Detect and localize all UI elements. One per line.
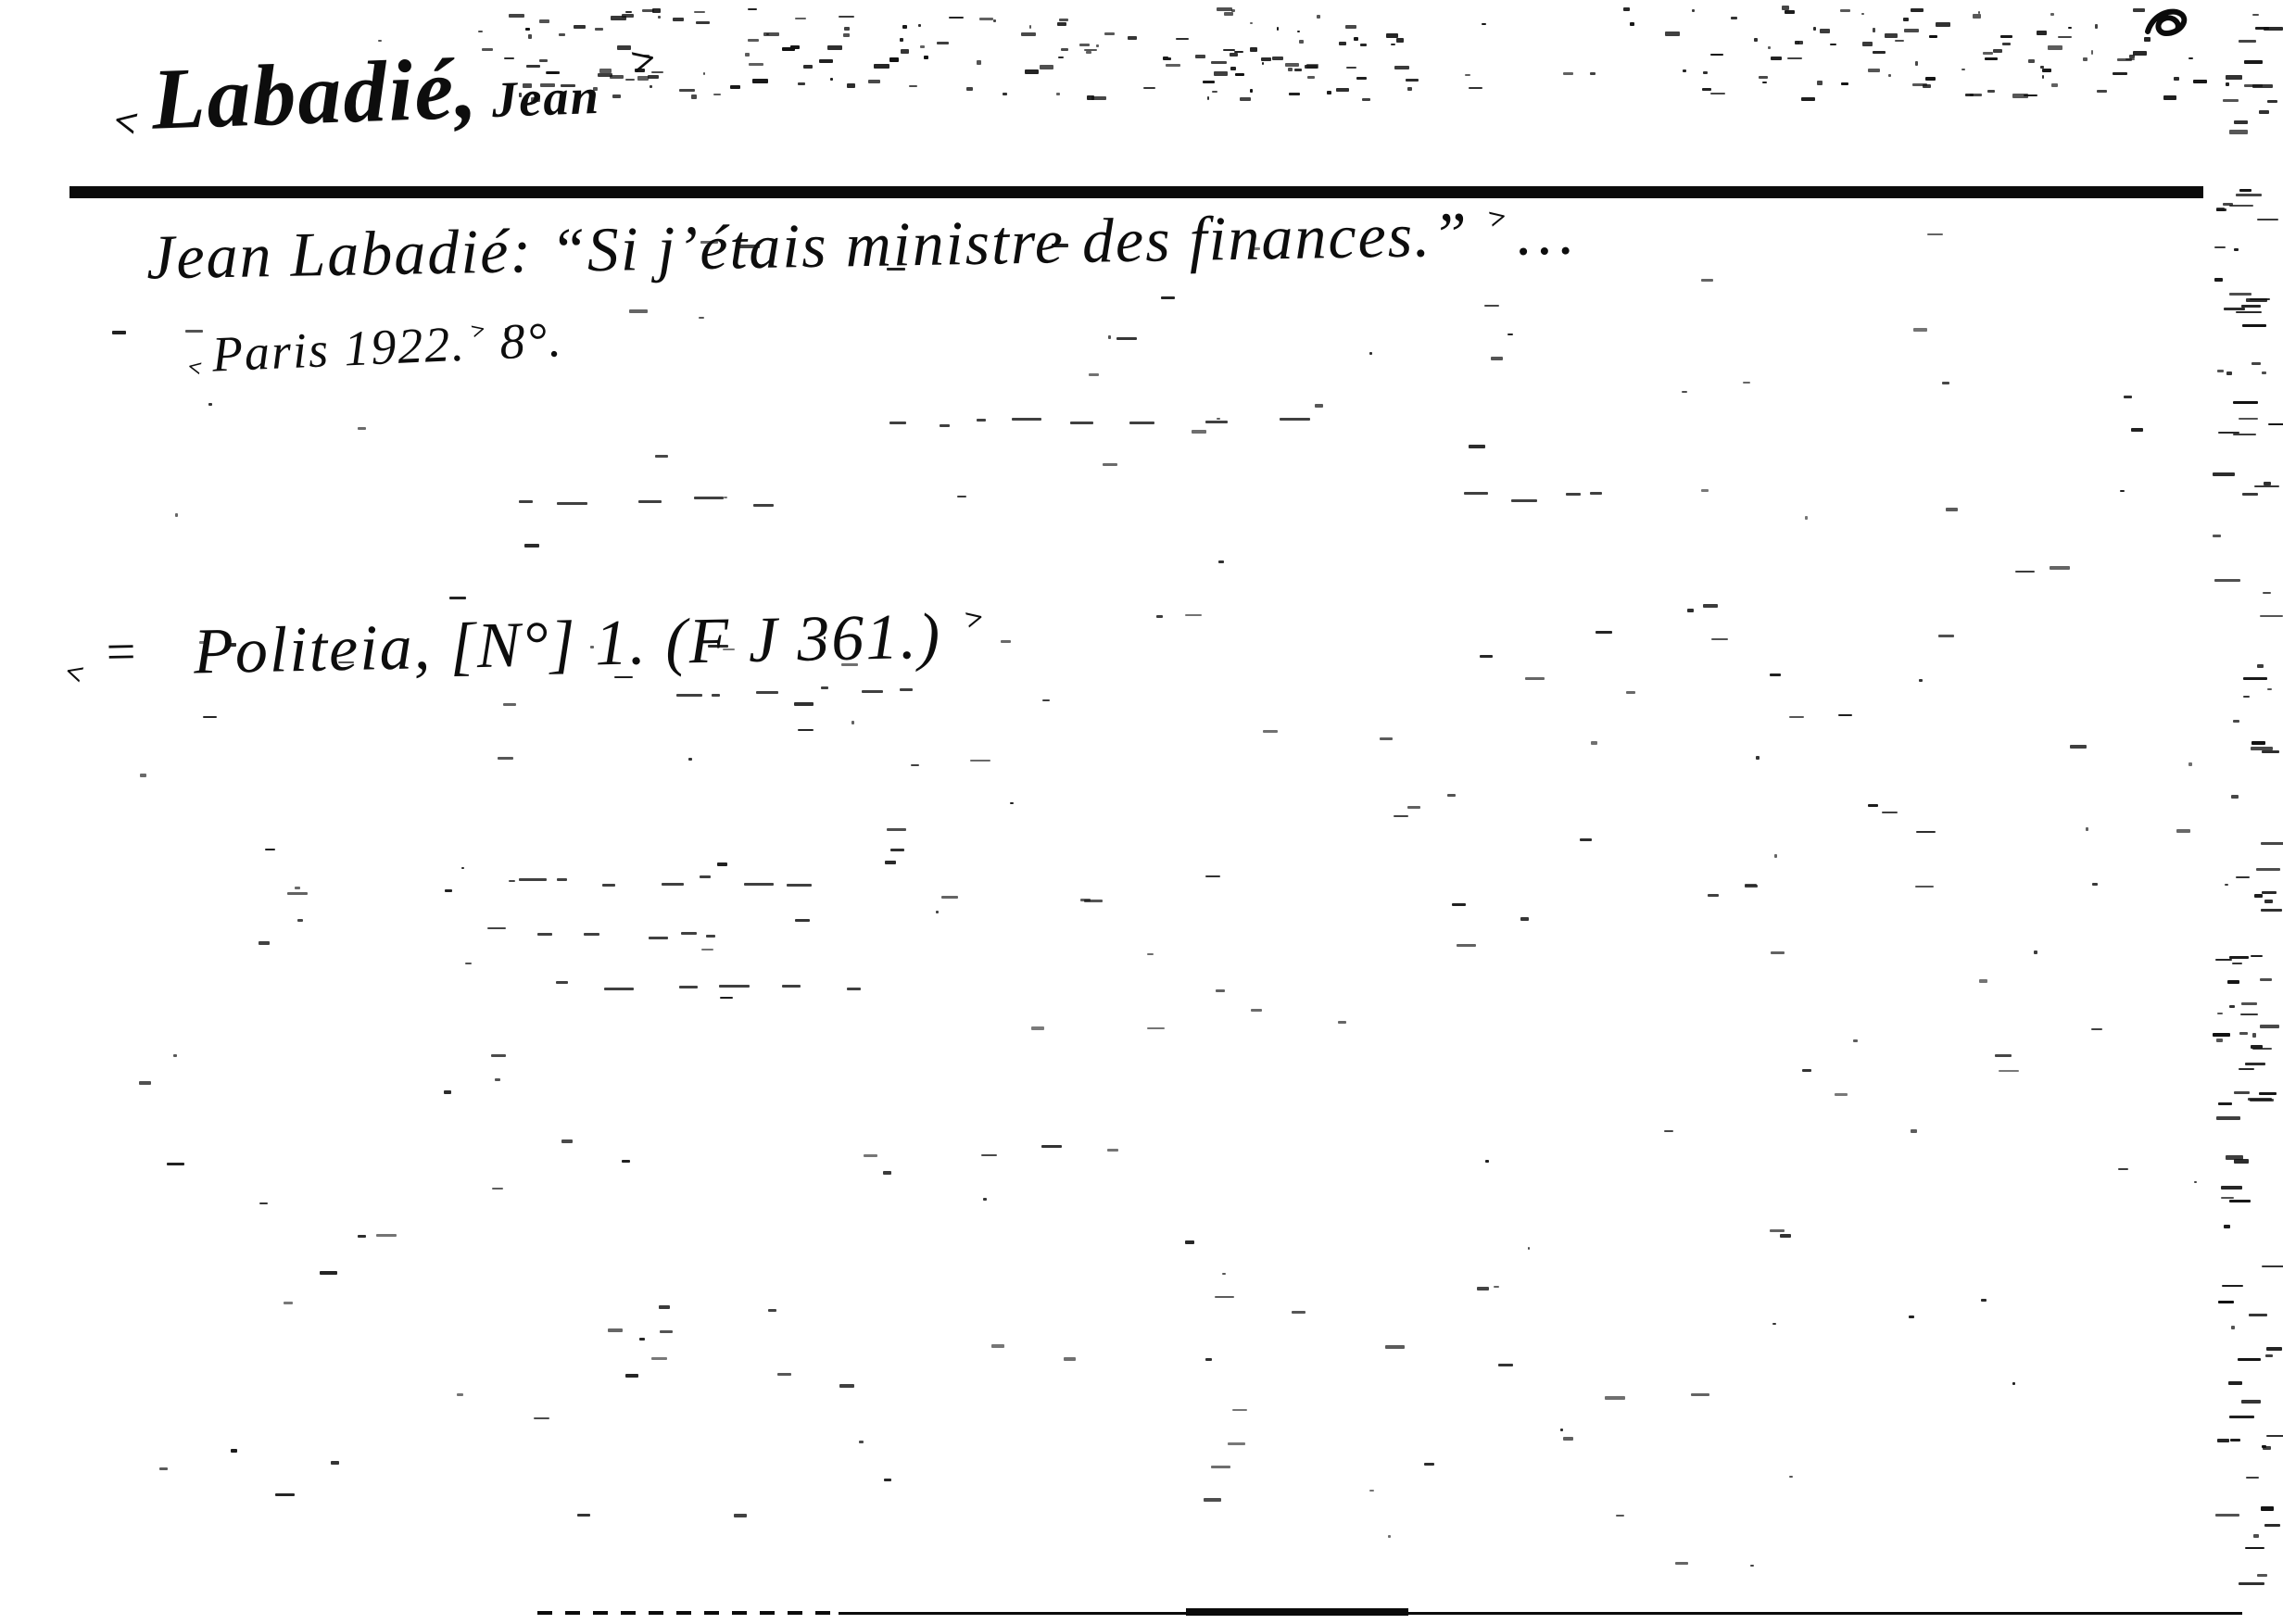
noise-speck [2092, 883, 2099, 885]
noise-speck [700, 875, 711, 878]
noise-speck [652, 8, 661, 13]
noise-speck [730, 85, 740, 90]
noise-speck [1218, 560, 1224, 562]
noise-speck [1491, 357, 1503, 360]
noise-speck [2216, 208, 2225, 211]
noise-speck [977, 419, 987, 422]
noise-speck [1801, 97, 1814, 101]
noise-speck [847, 83, 855, 88]
noise-speck [2174, 77, 2180, 81]
series-reference-line: <=Politeia, [N°] 1. (F J 361.)> [64, 604, 986, 688]
noise-speck [2213, 472, 2235, 476]
noise-speck [2259, 110, 2268, 114]
noise-speck [2259, 1092, 2277, 1095]
noise-speck [2217, 1013, 2224, 1014]
noise-speck [1211, 61, 1227, 64]
noise-speck [625, 11, 633, 14]
noise-speck [1745, 885, 1758, 888]
noise-speck [2222, 1285, 2243, 1288]
noise-speck [2131, 428, 2144, 432]
noise-speck [2216, 1039, 2222, 1041]
noise-speck [782, 985, 801, 988]
noise-speck [287, 892, 308, 894]
noise-speck [1623, 7, 1630, 10]
noise-speck [265, 849, 274, 850]
noise-speck [1563, 1437, 1572, 1441]
noise-speck [2229, 1200, 2251, 1202]
noise-speck [901, 49, 909, 54]
noise-speck [1711, 638, 1727, 640]
noise-speck [2262, 891, 2277, 894]
noise-speck [2264, 1524, 2281, 1527]
noise-speck [2239, 1032, 2248, 1035]
noise-speck [2244, 60, 2263, 64]
noise-speck [977, 60, 981, 65]
noise-speck [295, 887, 301, 889]
noise-speck [2251, 747, 2274, 749]
noise-speck [819, 59, 833, 63]
noise-speck [629, 309, 648, 313]
noise-speck [766, 33, 768, 35]
noise-speck [509, 14, 524, 18]
noise-speck [1156, 615, 1162, 619]
noise-speck [2226, 1155, 2244, 1159]
noise-speck [203, 716, 217, 718]
noise-speck [2251, 1045, 2263, 1049]
noise-speck [1346, 67, 1356, 69]
noise-speck [1163, 57, 1168, 60]
noise-speck [1477, 1287, 1489, 1290]
noise-speck [1820, 29, 1830, 33]
noise-speck [1205, 421, 1228, 423]
noise-speck [2264, 900, 2272, 903]
noise-speck [2224, 308, 2246, 310]
noise-speck [1369, 352, 1372, 354]
noise-speck [2223, 203, 2234, 205]
noise-speck [2227, 980, 2239, 984]
noise-speck [859, 1441, 864, 1443]
noise-speck [911, 764, 919, 766]
noise-speck [2250, 1099, 2274, 1102]
noise-speck [2262, 1265, 2283, 1267]
noise-speck [1230, 53, 1238, 56]
noise-speck [1195, 55, 1205, 58]
noise-speck [1978, 11, 1980, 14]
noise-speck [528, 34, 532, 39]
noise-speck [556, 981, 568, 984]
noise-speck [1354, 37, 1358, 42]
noise-speck [1339, 42, 1347, 44]
noise-speck [1394, 815, 1408, 817]
noise-speck [2124, 396, 2132, 399]
noise-speck [449, 597, 466, 599]
noise-speck [1345, 25, 1356, 30]
noise-speck [1407, 806, 1420, 809]
noise-speck [649, 937, 668, 939]
noise-speck [478, 31, 482, 32]
noise-speck [981, 1154, 998, 1157]
noise-speck [655, 455, 668, 457]
noise-speck [2070, 745, 2086, 749]
noise-speck [918, 24, 921, 28]
noise-speck [936, 911, 938, 913]
noise-speck [2113, 72, 2128, 75]
noise-speck [2232, 963, 2243, 964]
noise-speck [2268, 423, 2283, 425]
noise-speck [864, 1154, 878, 1157]
noise-speck [2037, 31, 2047, 34]
noise-speck [2254, 485, 2280, 487]
noise-speck [159, 1467, 168, 1470]
noise-speck [883, 1171, 890, 1175]
noise-speck [1407, 87, 1412, 91]
noise-speck [2058, 36, 2072, 38]
noise-speck [2233, 401, 2259, 404]
noise-speck [1754, 38, 1758, 42]
noise-speck [1223, 49, 1235, 51]
noise-speck [1465, 74, 1470, 76]
noise-speck [719, 985, 750, 988]
noise-speck [2252, 14, 2258, 16]
noise-speck [699, 317, 704, 319]
noise-speck [557, 878, 567, 881]
noise-speck [1703, 604, 1718, 608]
noise-speck [1250, 89, 1253, 93]
noise-speck [1447, 794, 1456, 797]
noise-speck [284, 1302, 293, 1305]
noise-speck [1091, 96, 1105, 100]
noise-speck [706, 935, 715, 938]
noise-speck [167, 1163, 184, 1165]
noise-speck [1277, 27, 1279, 31]
noise-speck [1212, 91, 1217, 93]
noise-speck [2234, 1091, 2250, 1094]
noise-speck [2264, 27, 2283, 31]
noise-speck [1965, 94, 1974, 96]
noise-speck [1743, 382, 1750, 384]
noise-speck [2034, 950, 2037, 953]
noise-speck [1985, 57, 1998, 60]
noise-speck [611, 16, 626, 20]
noise-speck [2194, 1181, 2197, 1184]
noise-speck [1457, 944, 1476, 947]
imprint-insert-close-mark: > [468, 317, 489, 344]
noise-speck [638, 500, 662, 503]
noise-speck [1895, 40, 1904, 42]
noise-speck [259, 941, 270, 945]
noise-speck [679, 89, 695, 93]
noise-speck [2015, 571, 2035, 573]
noise-speck [1927, 233, 1943, 236]
noise-speck [1087, 95, 1094, 99]
noise-speck [2246, 1477, 2259, 1479]
noise-speck [378, 40, 382, 43]
noise-speck [2048, 45, 2062, 50]
noise-speck [2244, 84, 2263, 86]
noise-speck [2242, 324, 2266, 327]
noise-speck [1056, 93, 1060, 94]
noise-speck [1785, 10, 1795, 14]
noise-speck [2239, 40, 2256, 43]
noise-speck [658, 16, 661, 19]
noise-speck [694, 497, 724, 499]
noise-speck [2254, 894, 2263, 898]
noise-speck [2251, 955, 2264, 957]
noise-speck [1841, 82, 1849, 84]
noise-speck [1129, 422, 1154, 424]
noise-speck [1683, 69, 1687, 72]
noise-speck [534, 1417, 549, 1419]
noise-speck [2263, 592, 2270, 594]
noise-speck [1107, 1149, 1118, 1152]
noise-speck [889, 57, 899, 62]
noise-speck [1919, 679, 1922, 682]
noise-speck [173, 1054, 177, 1057]
noise-speck [1888, 74, 1891, 76]
noise-speck [2236, 194, 2261, 196]
noise-speck [1040, 65, 1053, 69]
noise-speck [1185, 614, 1202, 616]
imprint-place-date: Paris 1922. [211, 316, 467, 383]
noise-speck [1759, 76, 1768, 79]
noise-speck [1868, 69, 1880, 72]
noise-speck [1388, 1535, 1391, 1538]
noise-speck [2024, 94, 2037, 96]
noise-speck [1230, 67, 1235, 70]
noise-speck [1031, 1026, 1044, 1030]
noise-speck [2243, 677, 2267, 680]
noise-speck [2214, 579, 2240, 582]
noise-speck [681, 932, 697, 935]
noise-speck [1021, 32, 1036, 36]
noise-speck [539, 19, 549, 23]
noise-speck [1591, 741, 1597, 745]
noise-speck [1805, 516, 1807, 519]
noise-speck [2229, 1005, 2235, 1008]
noise-speck [1010, 802, 1014, 804]
noise-speck [890, 849, 904, 851]
noise-speck [2260, 1025, 2279, 1028]
noise-speck [795, 18, 806, 20]
noise-speck [777, 1373, 791, 1376]
noise-speck [1973, 14, 1981, 18]
noise-speck [745, 53, 750, 57]
noise-speck [2239, 189, 2252, 192]
noise-speck [1605, 1396, 1625, 1400]
noise-speck [2229, 130, 2248, 133]
noise-speck [1789, 1476, 1794, 1478]
noise-speck [1299, 40, 1304, 44]
noise-speck [1250, 47, 1257, 52]
noise-speck [2188, 57, 2193, 59]
noise-speck [1025, 69, 1040, 74]
noise-speck [491, 1054, 506, 1057]
noise-speck [1903, 18, 1909, 21]
noise-speck [1396, 38, 1405, 43]
noise-speck [140, 774, 146, 777]
noise-speck [537, 933, 552, 936]
noise-speck [712, 694, 720, 697]
noise-speck [1307, 76, 1316, 78]
noise-speck [2163, 95, 2176, 100]
noise-speck [1306, 64, 1318, 68]
noise-speck [1205, 875, 1220, 877]
noise-speck [457, 1393, 463, 1397]
noise-speck [970, 760, 990, 762]
noise-speck [1012, 418, 1041, 421]
noise-speck [1750, 1565, 1754, 1567]
noise-speck [642, 9, 655, 12]
noise-speck [1305, 65, 1318, 68]
noise-speck [2256, 868, 2280, 872]
noise-speck [991, 1344, 1004, 1348]
noise-speck [2229, 293, 2251, 296]
noise-speck [1484, 305, 1499, 308]
noise-speck [492, 1188, 504, 1190]
noise-speck [208, 403, 212, 405]
noise-speck [2218, 1301, 2234, 1304]
noise-speck [1280, 418, 1310, 421]
noise-speck [1687, 609, 1694, 611]
noise-speck [790, 45, 800, 49]
series-equals-sign: = [103, 623, 141, 682]
bottom-edge-line-thin-right [1404, 1612, 2242, 1615]
noise-speck [112, 331, 126, 334]
noise-speck [2262, 1445, 2266, 1448]
noise-speck [358, 1235, 365, 1238]
noise-speck [1464, 492, 1488, 495]
noise-speck [1469, 445, 1485, 448]
series-insert-close-mark: > [962, 602, 988, 637]
noise-speck [524, 544, 539, 548]
noise-speck [275, 1493, 295, 1496]
noise-speck [1061, 48, 1068, 51]
noise-speck [2215, 1514, 2239, 1517]
heading-insert-open-mark: < [110, 99, 144, 145]
noise-speck [756, 691, 778, 694]
noise-speck [1774, 854, 1778, 858]
noise-speck [1089, 373, 1100, 376]
noise-speck [1251, 1009, 1263, 1012]
noise-speck [983, 1198, 986, 1201]
noise-speck [602, 884, 615, 887]
noise-speck [1993, 49, 2002, 53]
noise-speck [2216, 1116, 2240, 1119]
noise-speck [1263, 730, 1278, 733]
noise-speck [1406, 79, 1419, 82]
noise-speck [1701, 489, 1709, 493]
noise-speck [1167, 57, 1171, 60]
noise-speck [1041, 1145, 1062, 1148]
noise-speck [1528, 1247, 1530, 1251]
noise-speck [1084, 900, 1102, 902]
noise-speck [844, 27, 849, 30]
noise-speck [1250, 22, 1253, 24]
noise-speck [1261, 57, 1271, 62]
noise-speck [1938, 635, 1954, 638]
noise-speck [2229, 1416, 2253, 1418]
noise-speck [827, 45, 842, 50]
noise-speck [2086, 827, 2088, 831]
noise-speck [1995, 1054, 2012, 1057]
noise-speck [2252, 1033, 2256, 1037]
noise-speck [2266, 1435, 2283, 1437]
imprint-format: 8°. [498, 311, 564, 370]
noise-speck [1682, 391, 1687, 394]
noise-speck [487, 927, 506, 930]
noise-speck [2193, 80, 2207, 83]
noise-speck [847, 988, 861, 990]
noise-speck [1042, 699, 1050, 701]
noise-speck [662, 883, 684, 886]
noise-speck [2223, 99, 2239, 102]
noise-speck [2243, 696, 2251, 698]
noise-speck [1029, 25, 1031, 29]
noise-speck [1762, 82, 1767, 83]
noise-speck [1981, 1299, 1987, 1301]
noise-speck [1999, 1070, 2019, 1072]
noise-speck [1216, 989, 1225, 992]
noise-speck [1096, 44, 1098, 47]
noise-speck [604, 988, 634, 990]
noise-speck [1161, 296, 1175, 299]
noise-speck [1710, 54, 1723, 56]
noise-speck [2255, 27, 2269, 30]
noise-speck [798, 729, 814, 731]
bottom-edge-line-thin [839, 1612, 1191, 1615]
noise-speck [1563, 72, 1573, 75]
title-line: Jean Labadié: “Si j’étais ministre des f… [146, 200, 1582, 288]
noise-speck [2083, 57, 2087, 60]
noise-speck [175, 513, 178, 516]
noise-speck [1176, 38, 1189, 40]
noise-speck [1630, 22, 1634, 26]
noise-speck [1079, 44, 1090, 46]
noise-speck [1936, 22, 1950, 27]
noise-speck [2242, 493, 2258, 496]
noise-speck [724, 497, 727, 498]
noise-speck [2261, 842, 2283, 845]
noise-speck [830, 78, 833, 81]
noise-speck [444, 1090, 451, 1094]
noise-speck [1861, 13, 1864, 16]
heading-insert-close-mark: > [625, 37, 661, 83]
noise-speck [2226, 75, 2242, 79]
noise-speck [608, 1328, 623, 1331]
noise-speck [1664, 1130, 1673, 1132]
noise-speck [2217, 370, 2225, 373]
noise-speck [2226, 82, 2229, 86]
noise-speck [2091, 1028, 2102, 1031]
noise-speck [2241, 1400, 2261, 1404]
noise-speck [1108, 335, 1111, 338]
noise-speck [1798, 41, 1803, 44]
title-ellipsis: … [1517, 196, 1582, 268]
noise-speck [1386, 33, 1399, 38]
noise-speck [1285, 63, 1299, 67]
noise-speck [1770, 674, 1781, 677]
noise-speck [1745, 884, 1757, 887]
noise-speck [787, 884, 813, 887]
noise-speck [2229, 205, 2253, 207]
noise-speck [2260, 615, 2283, 617]
noise-speck [1590, 492, 1602, 495]
noise-speck [2097, 90, 2107, 94]
noise-speck [525, 28, 530, 31]
noise-speck [1228, 1442, 1244, 1444]
noise-speck [2261, 1506, 2273, 1510]
noise-speck [2241, 1002, 2257, 1005]
